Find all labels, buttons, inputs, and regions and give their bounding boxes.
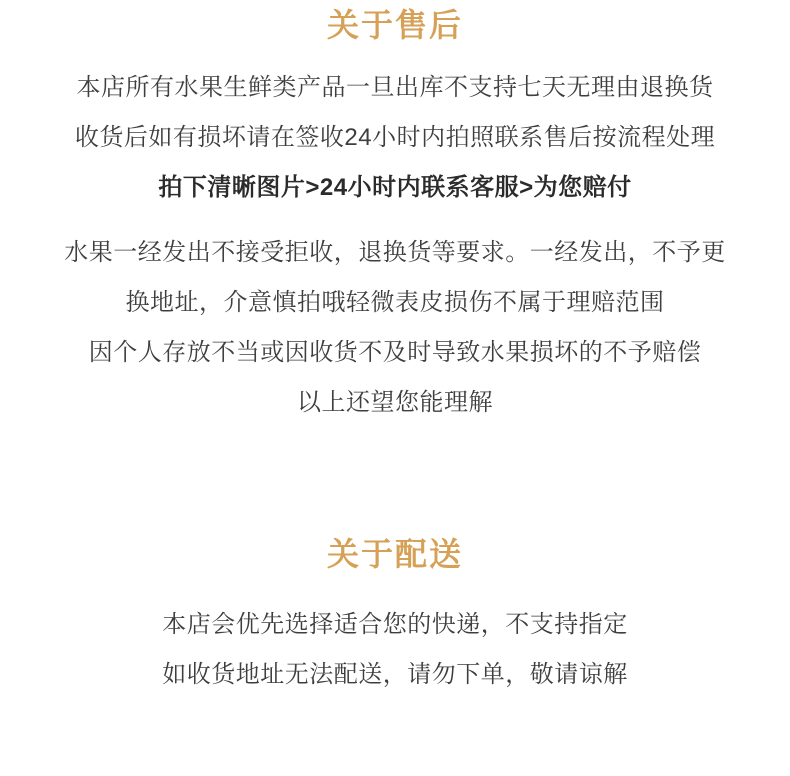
delivery-line-1: 本店会优先选择适合您的快递，不支持指定 (0, 612, 790, 638)
after-sales-line-5: 因个人存放不当或因收货不及时导致水果损坏的不予赔偿 (0, 340, 790, 366)
delivery-line-2: 如收货地址无法配送，请勿下单，敬请谅解 (0, 662, 790, 688)
after-sales-line-2: 收货后如有损坏请在签收24小时内拍照联系售后按流程处理 (0, 125, 790, 151)
after-sales-section-title: 关于售后 (0, 0, 790, 44)
after-sales-line-4: 换地址，介意慎拍哦轻微表皮损伤不属于理赔范围 (0, 290, 790, 316)
product-description-page: 关于售后 本店所有水果生鲜类产品一旦出库不支持七天无理由退换货 收货后如有损坏请… (0, 0, 790, 776)
after-sales-line-6: 以上还望您能理解 (0, 390, 790, 416)
after-sales-claim-process-highlight: 拍下清晰图片>24小时内联系客服>为您赔付 (0, 175, 790, 201)
after-sales-line-3: 水果一经发出不接受拒收，退换货等要求。一经发出，不予更 (0, 240, 790, 266)
after-sales-line-1: 本店所有水果生鲜类产品一旦出库不支持七天无理由退换货 (0, 75, 790, 101)
delivery-section-title: 关于配送 (0, 535, 790, 573)
